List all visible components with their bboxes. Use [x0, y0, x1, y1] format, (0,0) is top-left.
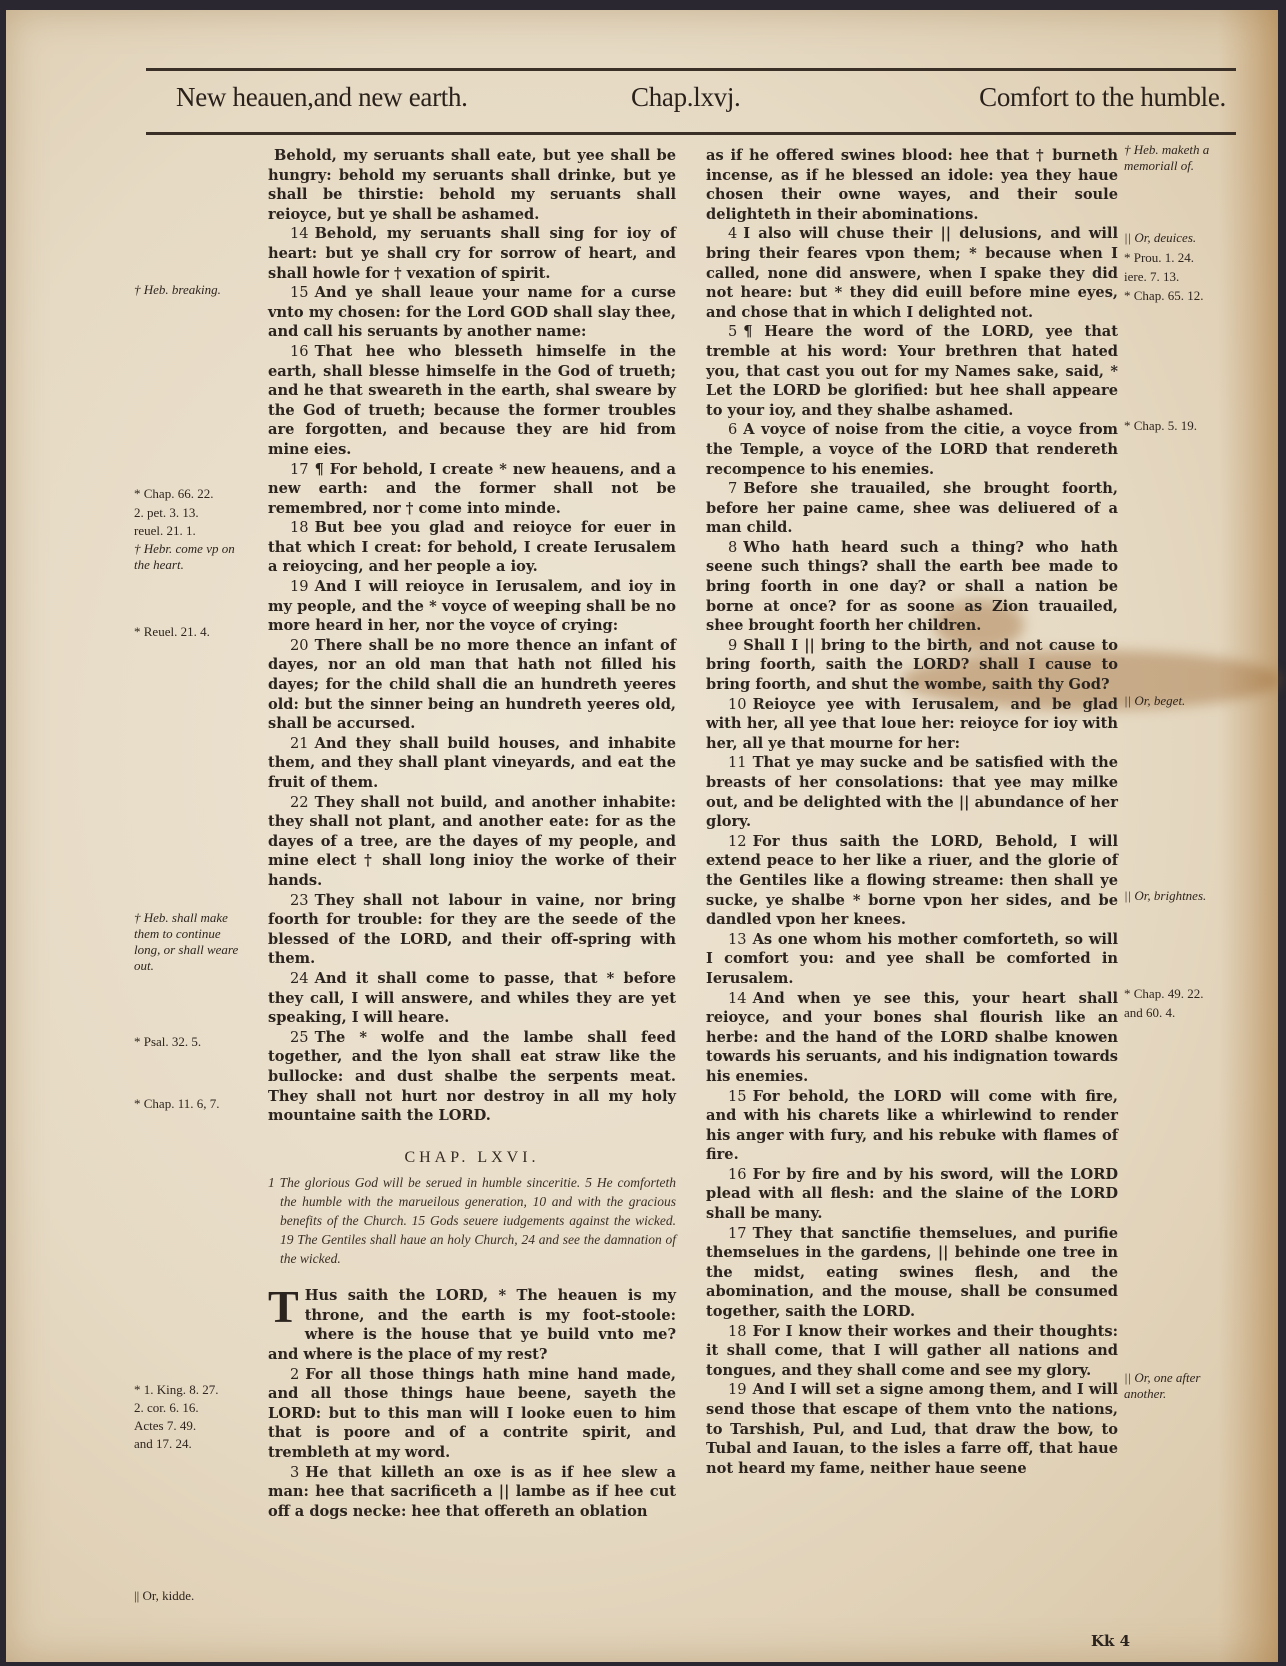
verse: 21And they shall build houses, and inhab…: [268, 734, 676, 793]
margin-note: * Chap. 11. 6, 7.: [134, 1096, 244, 1112]
margin-note: || Or, beget.: [1124, 693, 1234, 709]
verse: 25The * wolfe and the lambe shall feed t…: [268, 1028, 676, 1126]
header-chapter: Chap.lxvj.: [631, 82, 741, 113]
verse: Behold, my seruants shall eate, but yee …: [268, 146, 676, 224]
header-rule-top: [146, 68, 1236, 71]
verse: as if he offered swines blood: hee that …: [706, 146, 1118, 224]
margin-note: and 60. 4.: [1124, 1005, 1234, 1021]
verse-first: THus saith the LORD, * The heauen is my …: [268, 1286, 676, 1364]
verse: 13As one whom his mother comforteth, so …: [706, 930, 1118, 989]
book-page: New heauen,and new earth. Chap.lxvj. Com…: [6, 10, 1278, 1662]
margin-note: * 1. King. 8. 27.: [134, 1382, 244, 1398]
margin-note: † Hebr. come vp on the heart.: [134, 541, 244, 573]
verse: 3He that killeth an oxe is as if hee sle…: [268, 1463, 676, 1522]
verse: 18For I know their workes and their thou…: [706, 1322, 1118, 1381]
margin-note: || Or, deuices.: [1124, 230, 1234, 246]
margin-note: * Psal. 32. 5.: [134, 1034, 244, 1050]
running-header: New heauen,and new earth. Chap.lxvj. Com…: [176, 82, 1226, 126]
margin-note: 2. cor. 6. 16.: [134, 1400, 244, 1416]
verse: 18But bee you glad and reioyce for euer …: [268, 518, 676, 577]
header-rule-bottom: [146, 132, 1236, 135]
margin-note: || Or, kidde.: [134, 1588, 244, 1604]
margin-note: 2. pet. 3. 13.: [134, 505, 244, 521]
margin-note: * Chap. 66. 22.: [134, 486, 244, 502]
margin-note: reuel. 21. 1.: [134, 523, 244, 539]
verse: 16That hee who blesseth himselfe in the …: [268, 342, 676, 460]
drop-cap: T: [268, 1288, 299, 1326]
margin-note: † Heb. breaking.: [134, 282, 244, 298]
chapter-heading: CHAP. LXVI.: [268, 1148, 676, 1168]
chapter-summary: 1 The glorious God will be serued in hum…: [268, 1173, 676, 1268]
margin-note: Actes 7. 49.: [134, 1418, 244, 1434]
verse: 8Who hath heard such a thing? who hath s…: [706, 538, 1118, 636]
left-text-column: Behold, my seruants shall eate, but yee …: [268, 146, 676, 1521]
verse: 17They that sanctifie themselues, and pu…: [706, 1224, 1118, 1322]
verse: 14Behold, my seruants shall sing for ioy…: [268, 224, 676, 283]
verse: 5¶ Heare the word of the LORD, yee that …: [706, 322, 1118, 420]
verse: 11That ye may sucke and be satisfied wit…: [706, 753, 1118, 831]
verse: 15And ye shall leaue your name for a cur…: [268, 283, 676, 342]
margin-note: * Chap. 5. 19.: [1124, 418, 1234, 434]
margin-note: iere. 7. 13.: [1124, 269, 1234, 285]
verse: 23They shall not labour in vaine, nor br…: [268, 891, 676, 969]
margin-note: and 17. 24.: [134, 1436, 244, 1452]
margin-note: || Or, brightnes.: [1124, 888, 1234, 904]
verse: 19And I will set a signe among them, and…: [706, 1380, 1118, 1478]
verse: 14And when ye see this, your heart shall…: [706, 989, 1118, 1087]
margin-note: * Reuel. 21. 4.: [134, 624, 244, 640]
margin-note: † Heb. shall make them to continue long,…: [134, 910, 244, 974]
signature-mark: Kk 4: [1091, 1632, 1130, 1650]
margin-note: † Heb. maketh a memoriall of.: [1124, 142, 1234, 174]
verse: 12For thus saith the LORD, Behold, I wil…: [706, 832, 1118, 930]
verse: 4I also will chuse their || delusions, a…: [706, 224, 1118, 322]
verse: 17¶ For behold, I create * new heauens, …: [268, 460, 676, 519]
verse: 20There shall be no more thence an infan…: [268, 636, 676, 734]
verse: 2For all those things hath mine hand mad…: [268, 1365, 676, 1463]
verse: 15For behold, the LORD will come with fi…: [706, 1087, 1118, 1165]
verse: 24And it shall come to passe, that * bef…: [268, 969, 676, 1028]
header-right-title: Comfort to the humble.: [979, 82, 1226, 113]
verse: 9Shall I || bring to the birth, and not …: [706, 636, 1118, 695]
verse: 6A voyce of noise from the citie, a voyc…: [706, 420, 1118, 479]
margin-note: * Chap. 49. 22.: [1124, 986, 1234, 1002]
verse: 7Before she trauailed, she brought foort…: [706, 479, 1118, 538]
margin-note: * Prou. 1. 24.: [1124, 250, 1234, 266]
right-text-column: as if he offered swines blood: hee that …: [706, 146, 1118, 1478]
verse: 16For by fire and by his sword, will the…: [706, 1165, 1118, 1224]
verse: 19And I will reioyce in Ierusalem, and i…: [268, 577, 676, 636]
verse: 10Reioyce yee with Ierusalem, and be gla…: [706, 695, 1118, 754]
margin-note: || Or, one after another.: [1124, 1370, 1234, 1402]
margin-note: * Chap. 65. 12.: [1124, 288, 1234, 304]
header-left-title: New heauen,and new earth.: [176, 82, 468, 113]
verse: 22They shall not build, and another inha…: [268, 793, 676, 891]
